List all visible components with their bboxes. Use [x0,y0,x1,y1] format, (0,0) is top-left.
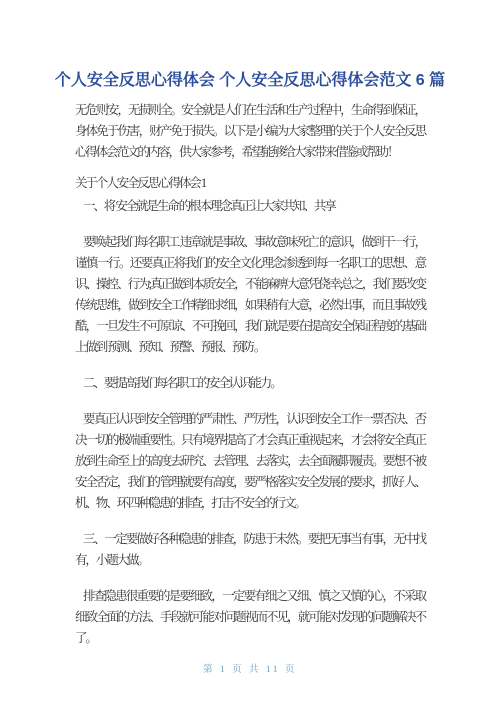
document-body: 无危则安，无损则全。安全就是人们在生活和生产过程中，生命得到保证，身体免于伤害，… [75,100,425,649]
page-number-indicator: 第 1 页 共 11 页 [0,661,500,675]
intro-paragraph: 无危则安，无损则全。安全就是人们在生活和生产过程中，生命得到保证，身体免于伤害，… [75,100,425,163]
point-paragraph-1: 一、将 安全就是生命 的根本理念真正让大家共知、共享 [75,196,425,217]
section-heading: 关于个人安全反思心得体会 1 [75,173,425,194]
point-paragraph-3: 三、一定要做好各种隐患的排查，防患于未然。要把无事当有事，无中找有，小题大做。 [75,529,425,571]
point-paragraph-2: 二、要提高我们每名职工的安全认识能力。 [75,373,425,394]
document-title: 个人安全反思心得体会 个人安全反思心得体会范文 6 篇 [0,70,500,92]
body-paragraph-1: 要唤起我们每名职工 违章就是事故、事故意味死亡 的意识，做到干一行，谨慎一行。还… [75,232,425,358]
document-page: 个人安全反思心得体会 个人安全反思心得体会范文 6 篇 无危则安，无损则全。安全… [0,0,500,707]
body-paragraph-2: 要真正认识到安全管理的严肃性、严厉性，认识到安全工作一票否决、否决一切的极端重要… [75,409,425,514]
body-paragraph-3: 排查隐患很重要的是要细致，一定要有细之又细、慎之又慎的心，不采取细致全面的方法、… [75,586,425,649]
